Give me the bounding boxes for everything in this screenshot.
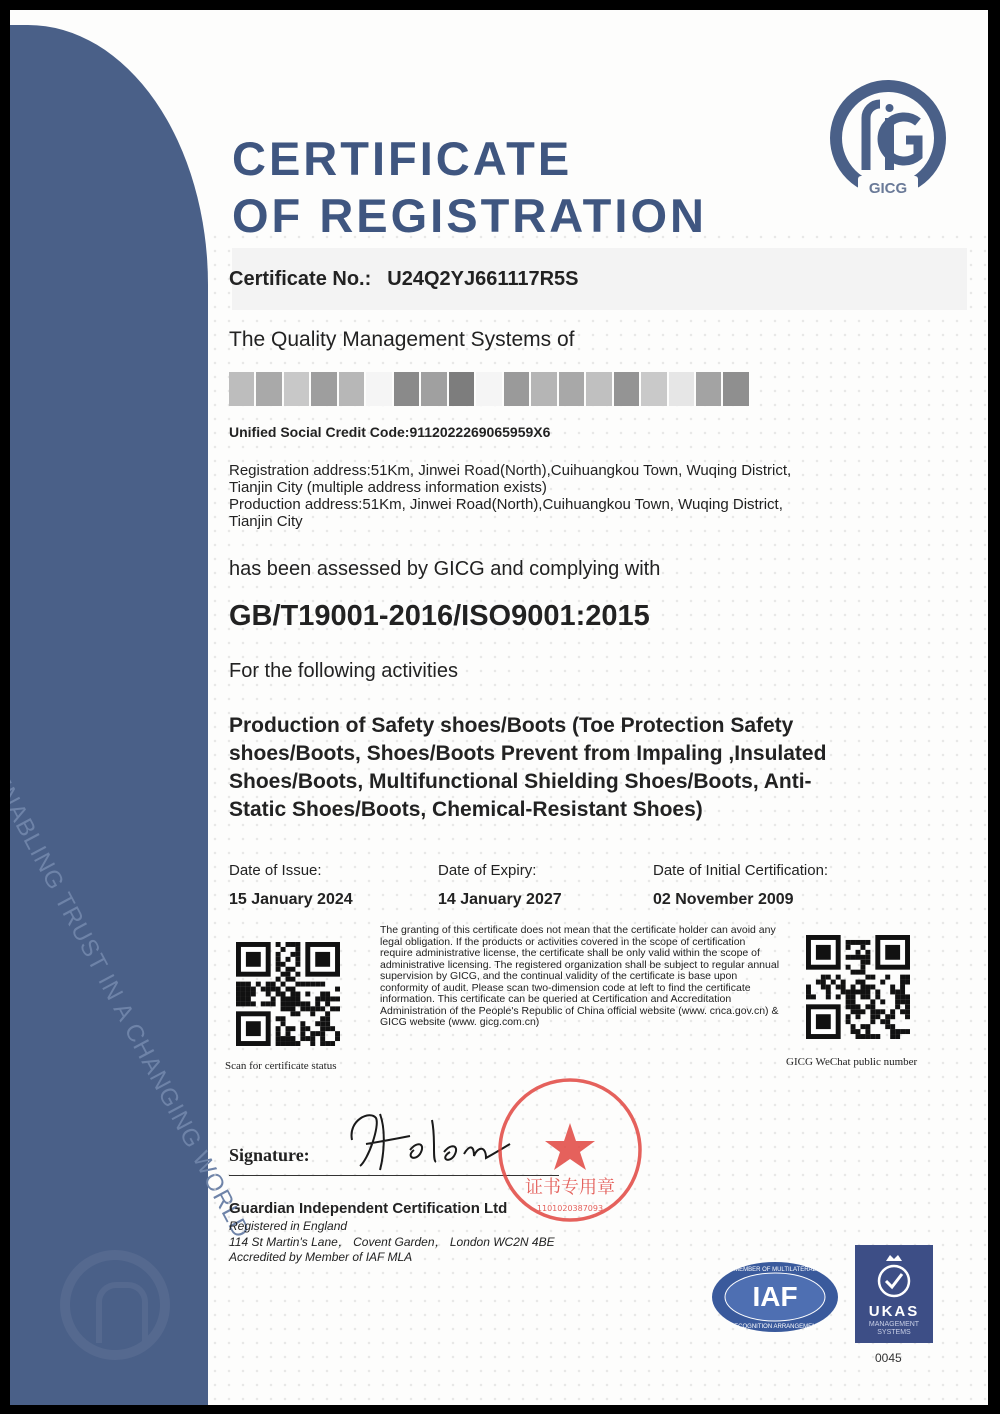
qr-left-caption: Scan for certificate status — [225, 1060, 336, 1072]
qr-right-caption: GICG WeChat public number — [786, 1056, 917, 1068]
svg-text:IAF: IAF — [752, 1281, 797, 1312]
emboss-seal-icon — [60, 1250, 170, 1360]
assessed-line: has been assessed by GICG and complying … — [229, 558, 660, 581]
svg-text:GICG: GICG — [869, 180, 907, 197]
svg-text:RECOGNITION ARRANGEMENT: RECOGNITION ARRANGEMENT — [730, 1324, 821, 1330]
ukas-number: 0045 — [875, 1351, 902, 1365]
official-seal-stamp-icon: 证书专用章 1101020387093 — [495, 1075, 645, 1225]
iaf-mla-logo-icon: IAF MEMBER OF MULTILATERAL RECOGNITION A… — [710, 1260, 840, 1335]
certificate-page: GICG - ENABLING TRUST IN A CHANGING WORL… — [10, 10, 988, 1405]
svg-text:MEMBER OF MULTILATERAL: MEMBER OF MULTILATERAL — [734, 1267, 816, 1273]
address-block: Registration address:51Km, Jinwei Road(N… — [229, 462, 869, 530]
activities-label: For the following activities — [229, 660, 458, 683]
side-band: GICG - ENABLING TRUST IN A CHANGING WORL… — [10, 25, 208, 1405]
svg-text:1101020387093: 1101020387093 — [537, 1204, 603, 1213]
qr-code-wechat[interactable] — [806, 935, 910, 1039]
unified-social-credit-code: Unified Social Credit Code:9112022269065… — [229, 424, 550, 440]
qr-code-certificate-status[interactable] — [236, 942, 340, 1046]
scope-of-activities: Production of Safety shoes/Boots (Toe Pr… — [229, 712, 829, 824]
crown-check-icon — [874, 1251, 914, 1299]
date-of-expiry: Date of Expiry: 14 January 2027 — [438, 862, 562, 909]
signature-label: Signature: — [229, 1145, 310, 1166]
issuer-details: Registered in England 114 St Martin's La… — [229, 1219, 555, 1266]
ukas-logo: UKAS MANAGEMENT SYSTEMS — [855, 1245, 933, 1343]
certificate-title: CERTIFICATE OF REGISTRATION — [232, 130, 707, 244]
redacted-company-name — [229, 372, 749, 406]
standard: GB/T19001-2016/ISO9001:2015 — [229, 600, 650, 633]
gicg-logo-icon: GICG — [822, 80, 954, 200]
date-of-initial-certification: Date of Initial Certification: 02 Novemb… — [653, 862, 828, 909]
qms-line: The Quality Management Systems of — [229, 328, 575, 352]
svg-text:证书专用章: 证书专用章 — [525, 1177, 615, 1198]
certificate-number: Certificate No.:U24Q2YJ661117R5S — [229, 268, 579, 291]
issuer-name: Guardian Independent Certification Ltd — [229, 1200, 507, 1217]
legal-notice: The granting of this certificate does no… — [380, 925, 780, 1029]
date-of-issue: Date of Issue: 15 January 2024 — [229, 862, 353, 909]
